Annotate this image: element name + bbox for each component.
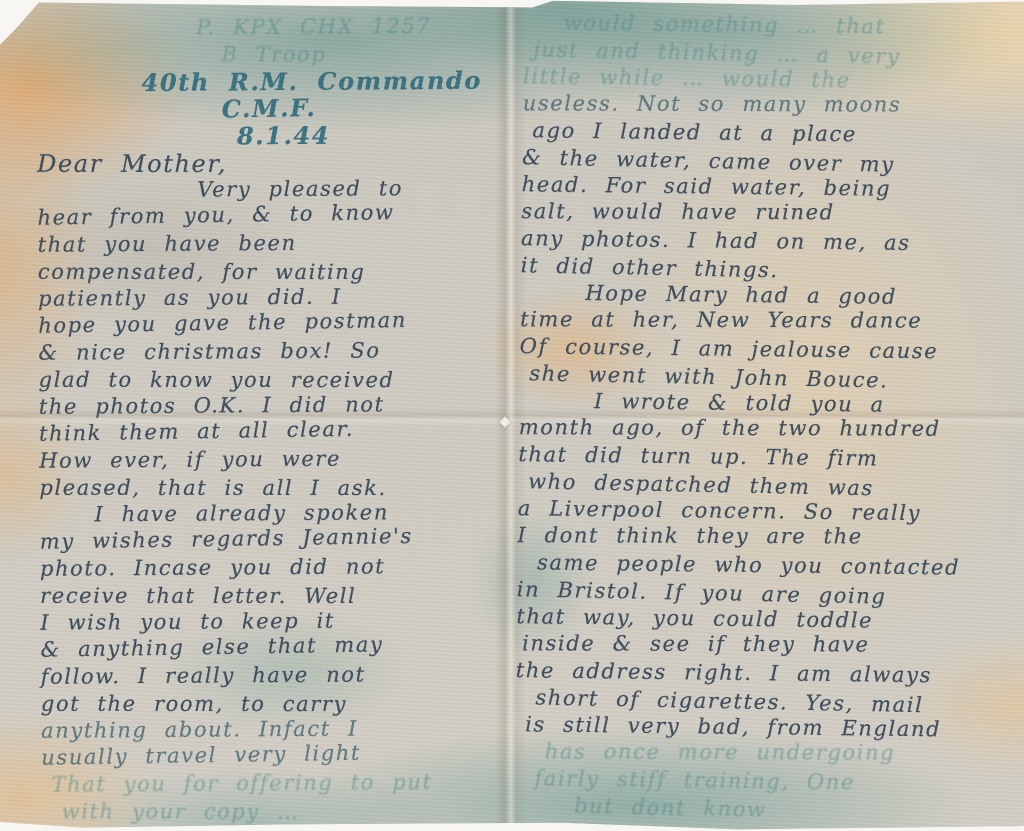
handwritten-line: has once more undergoing [545, 739, 1024, 768]
handwritten-line: photo. Incase you did not [40, 552, 545, 583]
handwritten-line: 8.1.44 [237, 120, 542, 149]
handwritten-line: that you have been [38, 228, 543, 259]
left-page: P. KPX CHX 1257B Troop40th R.M. Commando… [0, 0, 547, 831]
handwritten-line: inside & see if they have [522, 630, 1024, 659]
handwritten-line: Dear Mother, [37, 151, 542, 178]
handwritten-line: & nice christmas box! So [38, 336, 543, 367]
handwritten-line: glad to know you received [39, 367, 544, 394]
scanned-letter: P. KPX CHX 1257B Troop40th R.M. Commando… [0, 0, 1024, 831]
handwritten-line: useless. Not so many moons [523, 90, 1024, 119]
handwritten-line: hear from you, & to know [37, 197, 542, 232]
handwritten-line: That you for offering to put [51, 768, 546, 798]
handwritten-line: compensated, for waiting [38, 259, 543, 286]
handwritten-line: with your copy … [62, 799, 547, 826]
handwritten-line: B Troop [221, 41, 541, 68]
handwritten-line: I dont think they are the [517, 522, 1024, 551]
handwritten-line: follow. I really have not [41, 660, 546, 691]
handwritten-line: P. KPX CHX 1257 [196, 12, 541, 41]
handwritten-line: but dont know [574, 793, 1024, 829]
handwritten-line: salt, would have ruined [521, 198, 1024, 227]
handwritten-line: time at her, New Years dance [520, 306, 1024, 335]
handwritten-line: How ever, if you were [39, 444, 544, 475]
handwritten-line: C.M.F. [222, 90, 542, 122]
handwritten-line: pleased, that is all I ask. [39, 475, 544, 502]
handwritten-line: month ago, of the two hundred [519, 414, 1024, 443]
handwritten-line: receive that letter. Well [40, 583, 545, 610]
right-page: would something … thatjust and thinking … [498, 0, 1024, 831]
letter-paper: P. KPX CHX 1257B Troop40th R.M. Commando… [0, 0, 1024, 831]
